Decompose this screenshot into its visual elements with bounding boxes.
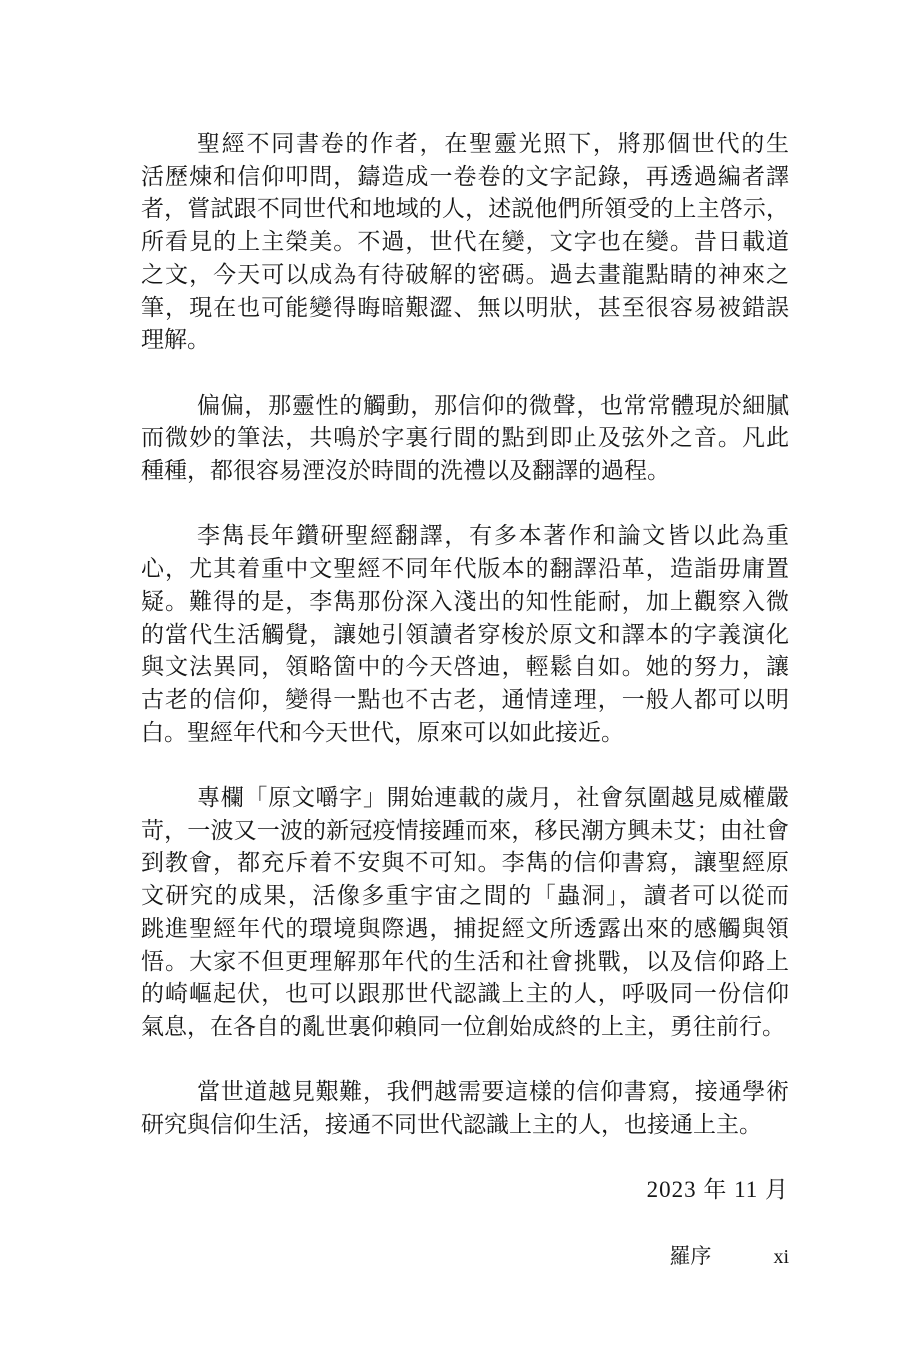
text-line: 古老的信仰，變得一點也不古老，通情達理，一般人都可以明 <box>141 684 789 717</box>
text-line: 之文，今天可以成為有待破解的密碼。過去畫龍點睛的神來之 <box>141 259 789 292</box>
text-line: 心，尤其着重中文聖經不同年代版本的翻譯沿革，造詣毋庸置 <box>141 553 789 586</box>
text-line: 理解。 <box>141 324 789 357</box>
text-line: 與文法異同，領略箇中的今天啓迪，輕鬆自如。她的努力，讓 <box>141 651 789 684</box>
text-line: 而微妙的筆法，共鳴於字裏行間的點到即止及弦外之音。凡此 <box>141 422 789 455</box>
text-line: 者，嘗試跟不同世代和地域的人，述説他們所領受的上主啓示， <box>141 193 789 226</box>
text-line: 苛，一波又一波的新冠疫情接踵而來，移民潮方興未艾；由社會 <box>141 815 789 848</box>
page-number: xi <box>773 1241 789 1274</box>
text-line: 筆，現在也可能變得晦暗艱澀、無以明狀，甚至很容易被錯誤 <box>141 292 789 325</box>
paragraph: 專欄「原文嚼字」開始連載的歲月，社會氛圍越見威權嚴苛，一波又一波的新冠疫情接踵而… <box>141 782 789 1044</box>
text-line: 所看見的上主榮美。不過，世代在變，文字也在變。昔日載道 <box>141 226 789 259</box>
text-line: 跳進聖經年代的環境與際遇，捕捉經文所透露出來的感觸與領 <box>141 913 789 946</box>
text-line: 氣息，在各自的亂世裏仰賴同一位創始成終的上主，勇往前行。 <box>141 1011 789 1044</box>
dateline: 2023 年 11 月 <box>141 1174 789 1207</box>
paragraph: 聖經不同書卷的作者，在聖靈光照下，將那個世代的生活歷煉和信仰叩問，鑄造成一卷卷的… <box>141 128 789 357</box>
page-content: 聖經不同書卷的作者，在聖靈光照下，將那個世代的生活歷煉和信仰叩問，鑄造成一卷卷的… <box>141 128 789 1274</box>
page-footer: 羅序xi <box>141 1240 789 1274</box>
text-line: 文研究的成果，活像多重宇宙之間的「蟲洞」，讀者可以從而 <box>141 880 789 913</box>
text-line: 白。聖經年代和今天世代，原來可以如此接近。 <box>141 717 789 750</box>
text-line: 研究與信仰生活，接通不同世代認識上主的人，也接通上主。 <box>141 1109 789 1142</box>
text-line: 活歷煉和信仰叩問，鑄造成一卷卷的文字記錄，再透過編者譯 <box>141 161 789 194</box>
paragraph: 李雋長年鑽研聖經翻譯，有多本著作和論文皆以此為重心，尤其着重中文聖經不同年代版本… <box>141 520 789 749</box>
text-line: 種種，都很容易湮沒於時間的洗禮以及翻譯的過程。 <box>141 455 789 488</box>
text-line: 的崎嶇起伏，也可以跟那世代認識上主的人，呼吸同一份信仰 <box>141 978 789 1011</box>
text-line: 聖經不同書卷的作者，在聖靈光照下，將那個世代的生 <box>141 128 789 161</box>
text-line: 當世道越見艱難，我們越需要這樣的信仰書寫，接通學術 <box>141 1076 789 1109</box>
paragraph: 當世道越見艱難，我們越需要這樣的信仰書寫，接通學術研究與信仰生活，接通不同世代認… <box>141 1076 789 1141</box>
footer-section-title: 羅序 <box>669 1244 711 1268</box>
text-line: 偏偏，那靈性的觸動，那信仰的微聲，也常常體現於細膩 <box>141 390 789 423</box>
text-line: 李雋長年鑽研聖經翻譯，有多本著作和論文皆以此為重 <box>141 520 789 553</box>
preface-text: 聖經不同書卷的作者，在聖靈光照下，將那個世代的生活歷煉和信仰叩問，鑄造成一卷卷的… <box>141 128 789 1142</box>
text-line: 的當代生活觸覺，讓她引領讀者穿梭於原文和譯本的字義演化 <box>141 619 789 652</box>
paragraph: 偏偏，那靈性的觸動，那信仰的微聲，也常常體現於細膩而微妙的筆法，共鳴於字裏行間的… <box>141 390 789 488</box>
text-line: 疑。難得的是，李雋那份深入淺出的知性能耐，加上觀察入微 <box>141 586 789 619</box>
text-line: 到教會，都充斥着不安與不可知。李雋的信仰書寫，讓聖經原 <box>141 847 789 880</box>
text-line: 專欄「原文嚼字」開始連載的歲月，社會氛圍越見威權嚴 <box>141 782 789 815</box>
text-line: 悟。大家不但更理解那年代的生活和社會挑戰，以及信仰路上 <box>141 946 789 979</box>
book-page: 聖經不同書卷的作者，在聖靈光照下，將那個世代的生活歷煉和信仰叩問，鑄造成一卷卷的… <box>0 0 900 1350</box>
